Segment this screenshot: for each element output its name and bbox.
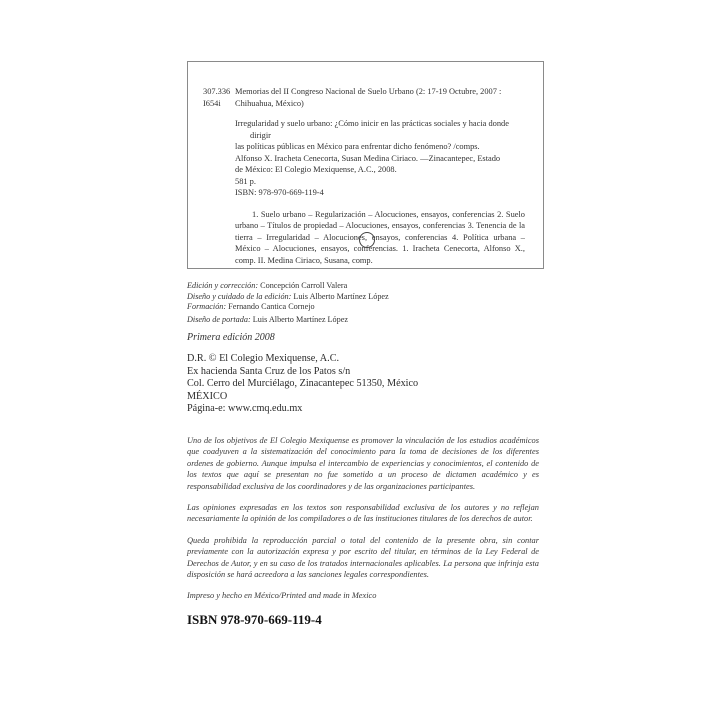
credit-editing: Edición y corrección: Concepción Carroll… xyxy=(187,281,389,292)
credit-name: Fernando Cantica Cornejo xyxy=(226,302,314,311)
printed-in-statement: Impreso y hecho en México/Printed and ma… xyxy=(187,591,376,600)
isbn-line: ISBN: 978-970-669-119-4 xyxy=(250,187,525,199)
credit-role: Edición y corrección: xyxy=(187,281,258,290)
title-line: Alfonso X. Iracheta Cenecorta, Susan Med… xyxy=(250,153,525,165)
legal-paragraph: Queda prohibida la reproducción parcial … xyxy=(187,535,539,581)
address-line: Ex hacienda Santa Cruz de los Patos s/n xyxy=(187,366,418,379)
credit-cover-design: Diseño de portada: Luis Alberto Martínez… xyxy=(187,315,389,326)
legal-notices: Uno de los objetivos de El Colegio Mexiq… xyxy=(187,435,539,590)
catalog-entry: Memorias del II Congreso Nacional de Sue… xyxy=(235,86,525,266)
title-line: Irregularidad y suelo urbano: ¿Cómo inic… xyxy=(250,118,525,141)
call-number-cutter: I654i xyxy=(203,98,230,110)
publisher-address: D.R. © El Colegio Mexiquense, A.C. Ex ha… xyxy=(187,353,418,416)
credit-name: Luis Alberto Martínez López xyxy=(251,315,348,324)
title-line: de México: El Colegio Mexiquense, A.C., … xyxy=(250,164,525,176)
legal-paragraph: Las opiniones expresadas en los textos s… xyxy=(187,502,539,525)
subject-headings: 1. Suelo urbano – Regularización – Alocu… xyxy=(235,209,525,267)
call-number-class: 307.336 xyxy=(203,86,230,98)
credit-design-care: Diseño y cuidado de la edición: Luis Alb… xyxy=(187,292,389,303)
credit-name: Concepción Carroll Valera xyxy=(258,281,347,290)
pages-line: 581 p. xyxy=(250,176,525,188)
title-statement: Irregularidad y suelo urbano: ¿Cómo inic… xyxy=(235,118,525,199)
credit-name: Luis Alberto Martínez López xyxy=(291,292,388,301)
title-line: las políticas públicas en México para en… xyxy=(250,141,525,153)
address-country: MÉXICO xyxy=(187,391,418,404)
isbn: ISBN 978-970-669-119-4 xyxy=(187,612,322,628)
website-line: Página-e: www.cmq.edu.mx xyxy=(187,403,418,416)
credit-role: Diseño de portada: xyxy=(187,315,251,324)
legal-paragraph: Uno de los objetivos de El Colegio Mexiq… xyxy=(187,435,539,492)
series-entry: Memorias del II Congreso Nacional de Sue… xyxy=(235,86,525,109)
copyright-holder: D.R. © El Colegio Mexiquense, A.C. xyxy=(187,353,418,366)
credit-typesetting: Formación: Fernando Cantica Cornejo xyxy=(187,302,389,313)
circle-mark-icon xyxy=(359,232,375,248)
call-number: 307.336 I654i xyxy=(203,86,230,109)
catalog-record-box: 307.336 I654i Memorias del II Congreso N… xyxy=(187,61,544,269)
copyright-page: 307.336 I654i Memorias del II Congreso N… xyxy=(0,0,720,720)
credits: Edición y corrección: Concepción Carroll… xyxy=(187,281,389,325)
address-line: Col. Cerro del Murciélago, Zinacantepec … xyxy=(187,378,418,391)
edition-statement: Primera edición 2008 xyxy=(187,332,275,343)
credit-role: Diseño y cuidado de la edición: xyxy=(187,292,291,301)
credit-role: Formación: xyxy=(187,302,226,311)
